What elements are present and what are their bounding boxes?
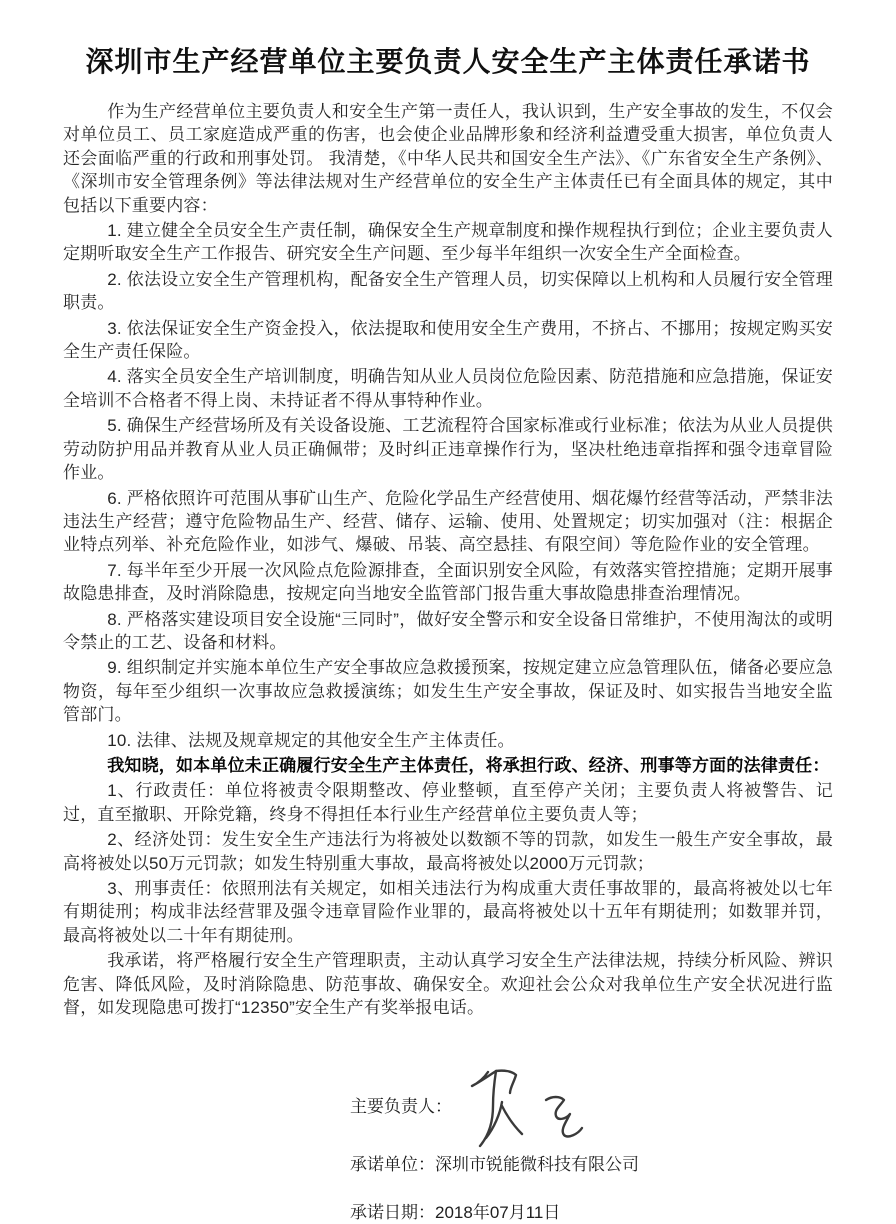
principal-row: 主要负责人： <box>350 1092 452 1117</box>
duty-item-4: 4. 落实全员安全生产培训制度，明确告知从业人员岗位危险因素、防范措施和应急措施… <box>63 365 833 412</box>
duty-item-8: 8. 严格落实建设项目安全设施“三同时”，做好安全警示和安全设备日常维护，不使用… <box>63 608 833 655</box>
duty-item-1: 1. 建立健全全员安全生产责任制，确保安全生产规章制度和操作规程执行到位；企业主… <box>63 219 833 266</box>
date-label: 承诺日期： <box>350 1203 435 1222</box>
liability-item-1: 1、行政责任：单位将被责令限期整改、停业整顿，直至停产关闭；主要负责人将被警告、… <box>63 779 833 826</box>
date-row: 承诺日期：2018年07月11日 <box>350 1198 560 1223</box>
duty-item-6: 6. 严格依照许可范围从事矿山生产、危险化学品生产经营使用、烟花爆竹经营等活动，… <box>63 487 833 557</box>
date-value: 2018年07月11日 <box>435 1203 560 1222</box>
principal-label: 主要负责人： <box>350 1097 452 1116</box>
duty-item-7: 7. 每半年至少开展一次风险点危险源排查，全面识别安全风险，有效落实管控措施；定… <box>63 559 833 606</box>
unit-label: 承诺单位： <box>350 1155 435 1174</box>
liability-item-3: 3、刑事责任：依照刑法有关规定，如相关违法行为构成重大责任事故罪的，最高将被处以… <box>63 877 833 947</box>
handwritten-signature-icon <box>450 1062 600 1158</box>
document-page: 深圳市生产经营单位主要负责人安全生产主体责任承诺书 作为生产经营单位主要负责人和… <box>63 40 833 1021</box>
closing-paragraph: 我承诺，将严格履行安全生产管理职责，主动认真学习安全生产法律法规，持续分析风险、… <box>63 949 833 1019</box>
duty-item-10: 10. 法律、法规及规章规定的其他安全生产主体责任。 <box>63 729 833 752</box>
liability-notice: 我知晓，如本单位未正确履行安全生产主体责任，将承担行政、经济、刑事等方面的法律责… <box>63 754 833 777</box>
duty-item-5: 5. 确保生产经营场所及有关设备设施、工艺流程符合国家标准或行业标准；依法为从业… <box>63 414 833 484</box>
liability-item-2: 2、经济处罚：发生安全生产违法行为将被处以数额不等的罚款，如发生一般生产安全事故… <box>63 828 833 875</box>
unit-value: 深圳市锐能微科技有限公司 <box>435 1155 639 1174</box>
duty-item-3: 3. 依法保证安全生产资金投入，依法提取和使用安全生产费用，不挤占、不挪用；按规… <box>63 317 833 364</box>
duty-item-9: 9. 组织制定并实施本单位生产安全事故应急救援预案，按规定建立应急管理队伍，储备… <box>63 656 833 726</box>
duty-item-2: 2. 依法设立安全生产管理机构，配备安全生产管理人员，切实保障以上机构和人员履行… <box>63 268 833 315</box>
unit-row: 承诺单位：深圳市锐能微科技有限公司 <box>350 1150 639 1175</box>
intro-paragraph: 作为生产经营单位主要负责人和安全生产第一责任人，我认识到，生产安全事故的发生，不… <box>63 100 833 217</box>
document-title: 深圳市生产经营单位主要负责人安全生产主体责任承诺书 <box>63 40 833 80</box>
